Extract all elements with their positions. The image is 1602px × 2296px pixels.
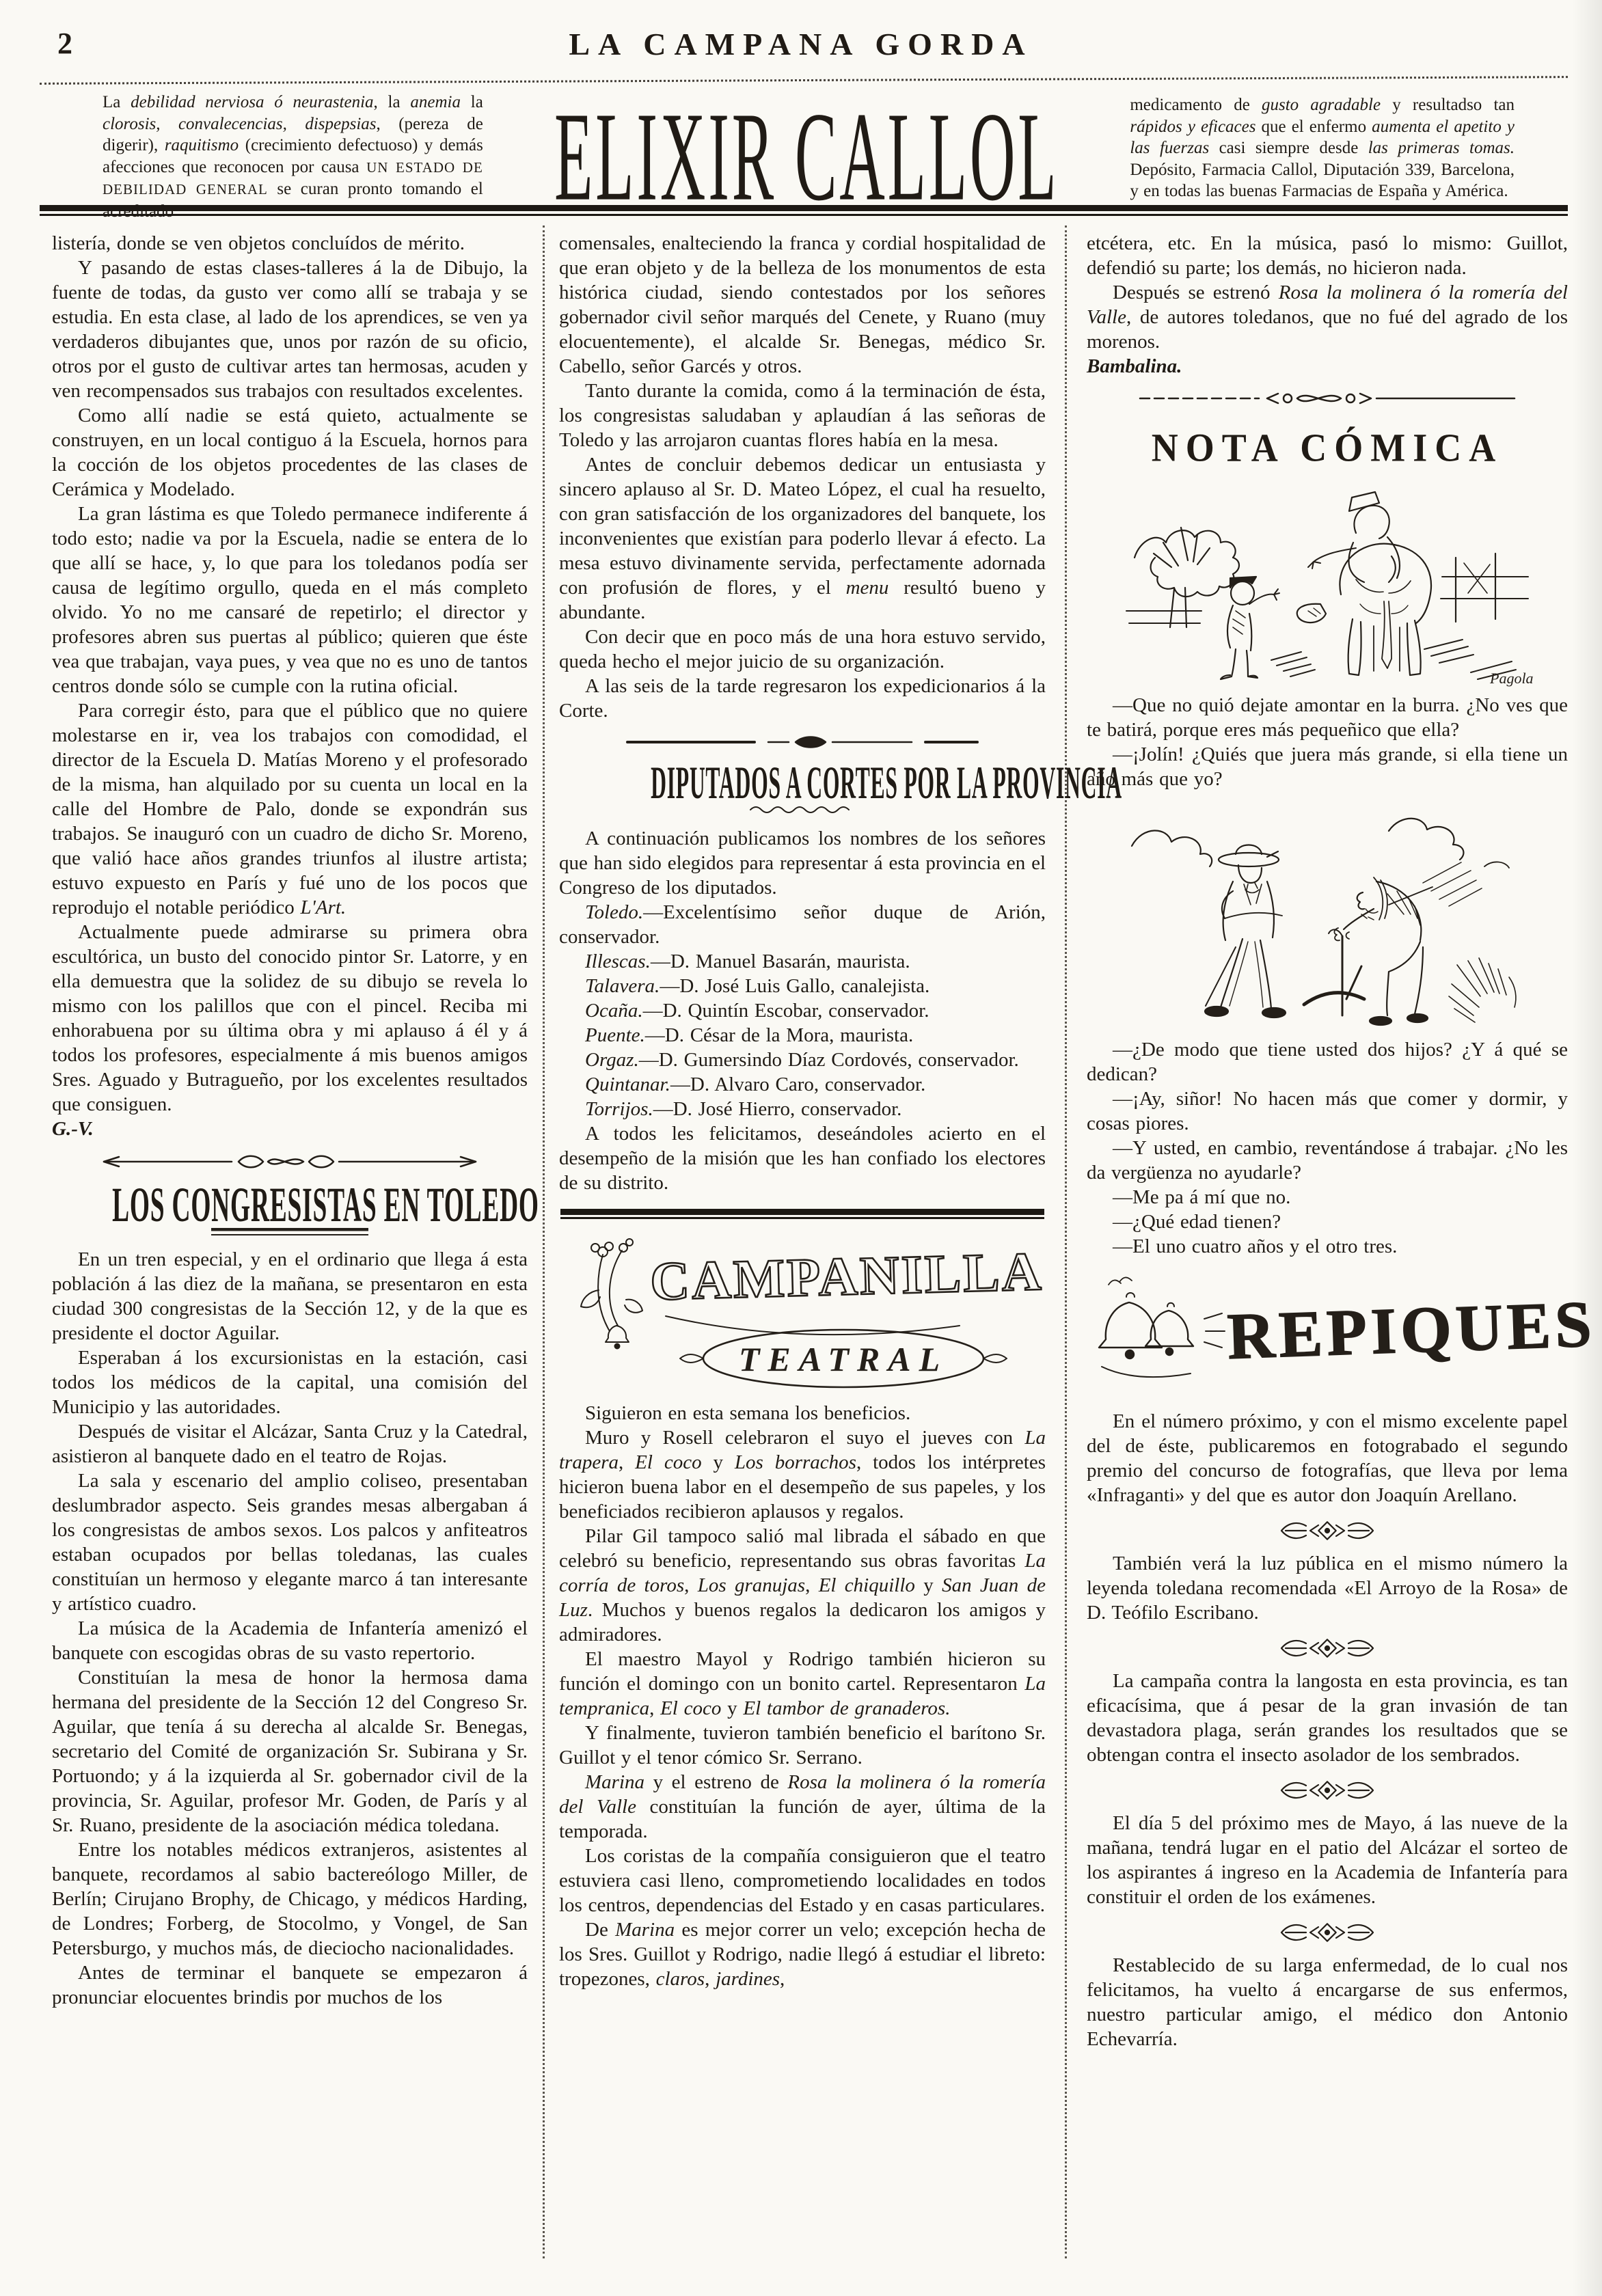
author-signature: G.-V. — [52, 1117, 528, 1141]
district-name: Toledo. — [585, 901, 643, 923]
deputy-entry: Puente.—D. César de la Mora, maurista. — [559, 1023, 1046, 1048]
district-name: Illescas. — [585, 951, 651, 972]
paragraph: Como allí nadie se está quieto, actualme… — [52, 403, 528, 502]
ad-brand: ELIXIR CALLOL — [483, 92, 1130, 222]
paragraph: Constituían la mesa de honor la hermosa … — [52, 1665, 528, 1837]
paragraph: Esperaban á los excursionistas en la est… — [52, 1345, 528, 1419]
section-header-diputados: DIPUTADOS A CORTES POR LA PROVINCIA — [559, 765, 1046, 800]
district-name: Torrijos. — [585, 1098, 653, 1120]
paragraph: Los coristas de la compañía consiguieron… — [559, 1844, 1046, 1917]
paragraph: El día 5 del próximo mes de Mayo, á las … — [1087, 1811, 1568, 1909]
deputy-entry: Talavera.—D. José Luis Gallo, canalejist… — [559, 974, 1046, 998]
svg-text:CAMPANILLA: CAMPANILLA — [649, 1242, 1044, 1312]
paragraph: Antes de concluir debemos dedicar un ent… — [559, 452, 1046, 625]
paragraph: Pilar Gil tampoco salió mal librada el s… — [559, 1524, 1046, 1647]
fleuron-ornament — [1087, 1777, 1568, 1804]
paragraph: etcétera, etc. En la música, pasó lo mis… — [1087, 231, 1568, 280]
deputy-info: —D. Quintín Escobar, conservador. — [643, 1000, 929, 1022]
deputy-entry: Orgaz.—D. Gumersindo Díaz Cordovés, cons… — [559, 1048, 1046, 1072]
column-2: comensales, enalteciendo la franca y cor… — [559, 231, 1046, 1991]
paragraph: Antes de terminar el banquete se empezar… — [52, 1960, 528, 2010]
deputy-info: —D. César de la Mora, maurista. — [645, 1024, 913, 1046]
deputy-entry: Ocaña.—D. Quintín Escobar, conservador. — [559, 998, 1046, 1023]
section-header-nota-comica: NOTA CÓMICA — [1087, 426, 1568, 469]
paragraph: En un tren especial, y en el ordinario q… — [52, 1247, 528, 1345]
paragraph: Entre los notables médicos extranjeros, … — [52, 1837, 528, 1960]
ad-bottom-rule — [40, 205, 1568, 216]
paragraph: Actualmente puede admirarse su primera o… — [52, 920, 528, 1117]
paragraph: La gran lástima es que Toledo permanece … — [52, 502, 528, 698]
paragraph: A continuación publicamos los nombres de… — [559, 826, 1046, 900]
district-name: Ocaña. — [585, 1000, 643, 1022]
caption-line: —Que no quió dejate amontar en la burra.… — [1087, 693, 1568, 742]
paragraph: Tanto durante la comida, como á la termi… — [559, 379, 1046, 452]
deputy-entry: Toledo.—Excelentísimo señor duque de Ari… — [559, 900, 1046, 949]
comic-illustration-donkey: Pagola — [1115, 477, 1539, 690]
comic-illustration-peasants — [1102, 801, 1553, 1030]
district-name: Talavera. — [585, 975, 660, 997]
deputy-entry: Quintanar.—D. Alvaro Caro, conservador. — [559, 1072, 1046, 1097]
paragraph: De Marina es mejor correr un velo; excep… — [559, 1917, 1046, 1991]
column-3: etcétera, etc. En la música, pasó lo mis… — [1087, 231, 1568, 2051]
section-rule — [560, 1209, 1044, 1219]
district-name: Quintanar. — [585, 1074, 670, 1095]
paragraph: A todos les felicitamos, deseándoles aci… — [559, 1121, 1046, 1195]
paragraph: A las seis de la tarde regresaron los ex… — [559, 674, 1046, 723]
author-signature: Bambalina. — [1087, 354, 1568, 379]
paragraph: comensales, enalteciendo la franca y cor… — [559, 231, 1046, 379]
column-1: listería, donde se ven objetos concluído… — [52, 231, 528, 2010]
ad-left-text: La debilidad nerviosa ó neurastenia, la … — [103, 92, 483, 222]
paragraph: Muro y Rosell celebraron el suyo el juev… — [559, 1425, 1046, 1524]
ornamental-divider — [1087, 388, 1568, 409]
deputy-info: —D. José Luis Gallo, canalejista. — [660, 975, 929, 997]
paragraph: Después se estrenó Rosa la molinera ó la… — [1087, 280, 1568, 354]
caption-line: —Y usted, en cambio, reventándose á trab… — [1087, 1136, 1568, 1185]
deputy-entry: Illescas.—D. Manuel Basarán, maurista. — [559, 949, 1046, 974]
comic-caption-1: —Que no quió dejate amontar en la burra.… — [1087, 693, 1568, 791]
paragraph: Y pasando de estas clases-talleres á la … — [52, 256, 528, 403]
paragraph: Después de visitar el Alcázar, Santa Cru… — [52, 1419, 528, 1468]
deputy-info: —D. José Hierro, conservador. — [653, 1098, 902, 1120]
paragraph: Marina y el estreno de Rosa la molinera … — [559, 1770, 1046, 1844]
deputy-info: —D. Gumersindo Díaz Cordovés, conservado… — [639, 1049, 1019, 1071]
svg-text:REPIQUES: REPIQUES — [1226, 1287, 1597, 1373]
fleuron-ornament — [1087, 1517, 1568, 1544]
paragraph: Con decir que en poco más de una hora es… — [559, 625, 1046, 674]
district-name: Orgaz. — [585, 1049, 639, 1071]
caption-line: —¡Jolín! ¿Quiés que juera más grande, si… — [1087, 742, 1568, 791]
paragraph: listería, donde se ven objetos concluído… — [52, 231, 528, 256]
paragraph: La sala y escenario del amplio coliseo, … — [52, 1468, 528, 1616]
ornamental-divider — [52, 1151, 528, 1173]
paragraph: La campaña contra la langosta en esta pr… — [1087, 1669, 1568, 1767]
ornamental-divider — [559, 733, 1046, 752]
newspaper-page: 2 LA CAMPANA GORDA La debilidad nerviosa… — [0, 0, 1602, 2296]
fleuron-ornament — [1087, 1635, 1568, 1662]
elixir-callol-ad: La debilidad nerviosa ó neurastenia, la … — [103, 92, 1515, 222]
district-name: Puente. — [585, 1024, 645, 1046]
deputy-info: —D. Manuel Basarán, maurista. — [651, 951, 910, 972]
paragraph: El maestro Mayol y Rodrigo también hicie… — [559, 1647, 1046, 1721]
column-separator — [1065, 225, 1067, 2258]
ad-right-text: medicamento de gusto agradable y resulta… — [1130, 92, 1515, 222]
repiques-graphic-header: REPIQUES — [1088, 1271, 1566, 1398]
svg-text:Pagola: Pagola — [1489, 670, 1534, 687]
deputy-info: —D. Alvaro Caro, conservador. — [670, 1074, 925, 1095]
caption-line: —El uno cuatro años y el otro tres. — [1087, 1234, 1568, 1259]
campanilla-teatral-graphic-header: CAMPANILLA TEATRAL — [563, 1229, 1042, 1398]
paragraph: Para corregir ésto, para que el público … — [52, 698, 528, 920]
paragraph: Restablecido de su larga enfermedad, de … — [1087, 1953, 1568, 2051]
section-header-congresistas: LOS CONGRESISTAS EN TOLEDO — [52, 1186, 528, 1224]
caption-line: —¿Qué edad tienen? — [1087, 1209, 1568, 1234]
paragraph: También verá la luz pública en el mismo … — [1087, 1551, 1568, 1625]
deputy-entry: Torrijos.—D. José Hierro, conservador. — [559, 1097, 1046, 1121]
column-separator — [543, 225, 545, 2258]
fleuron-ornament — [1087, 1919, 1568, 1946]
paragraph: La música de la Academia de Infantería a… — [52, 1616, 528, 1665]
caption-line: —¿De modo que tiene usted dos hijos? ¿Y … — [1087, 1037, 1568, 1086]
newspaper-title: LA CAMPANA GORDA — [0, 26, 1602, 62]
caption-line: —Me pa á mí que no. — [1087, 1185, 1568, 1209]
paragraph: En el número próximo, y con el mismo exc… — [1087, 1409, 1568, 1507]
paragraph: Y finalmente, tuvieron también beneficio… — [559, 1721, 1046, 1770]
comic-caption-2: —¿De modo que tiene usted dos hijos? ¿Y … — [1087, 1037, 1568, 1259]
caption-line: —¡Ay, siñor! No hacen más que comer y do… — [1087, 1086, 1568, 1136]
svg-text:TEATRAL: TEATRAL — [739, 1340, 948, 1378]
paragraph: Siguieron en esta semana los beneficios. — [559, 1401, 1046, 1425]
